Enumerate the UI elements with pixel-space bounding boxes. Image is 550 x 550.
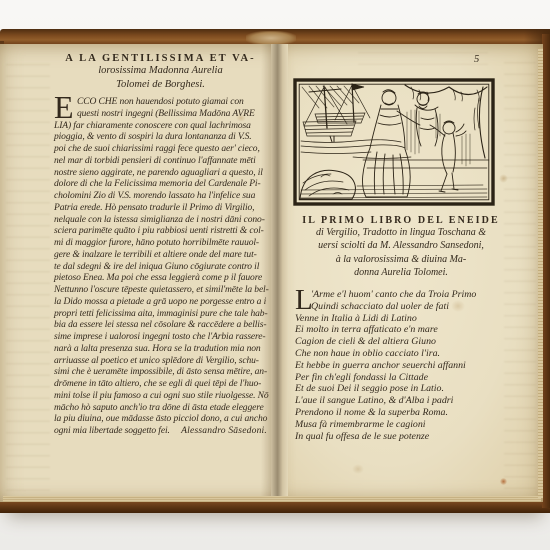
canto-title: IL PRIMO LIBRO DEL ENEIDE	[288, 215, 514, 226]
photo-background: A LA GENTILISSIMA ET VA- lorosissima Mad…	[0, 0, 550, 550]
rocks-motif	[300, 170, 355, 199]
cupid-child-motif	[430, 121, 466, 192]
dedication-text-line: propri tetti felicissima aita, immaginis…	[54, 308, 267, 320]
dedication-text-line: te dal sdegni & ire del iniqua Giuno cōg…	[54, 261, 267, 273]
foxing-spot	[352, 464, 364, 474]
leather-cover-top-edge	[0, 29, 550, 45]
dedication-text-line: drōmene in tāto altiero, che se egli di …	[54, 378, 267, 390]
canto-subtitle-line: à la valorosissima & diuina Ma-	[288, 253, 514, 266]
verse-line: Che non haue in oblio cacciato l'ira.	[295, 348, 520, 360]
verse-line: Ei molto in terra affaticato e'n mare	[295, 324, 520, 336]
dedication-text-line: la piu diuina, oue mādasse āsto picciol …	[54, 413, 267, 425]
leather-cover-right-edge	[542, 34, 550, 508]
verse-line: Prendono il nome & la superba Roma.	[295, 407, 520, 419]
verse-line: Et hebbe in guerra anchor seuerchi affan…	[295, 360, 520, 372]
dedication-heading-line: Tolomei de Borghesi.	[54, 78, 267, 92]
woodcut-illustration	[293, 78, 495, 206]
dedication-text-line: nel mar di torbidi pensieri di continuo …	[54, 155, 267, 167]
dedication-text-line: nelquale con la istessa simiglianza de i…	[54, 214, 267, 226]
dedication-text-line: simi che è ueramēte impossibile, di āsto…	[54, 366, 267, 378]
dedication-text-line: nostre sieno aggirate, ne parendo aguagl…	[54, 167, 267, 179]
dedication-text-line: poi che de suoi chiarissimi raggi fece q…	[54, 143, 267, 155]
ships-motif	[303, 84, 370, 142]
author-signature: Alessandro Sāsedoni.	[181, 425, 267, 437]
verse-line: In qual fu offesa de le sue potenze	[295, 431, 520, 443]
folio-page-number: 5	[474, 54, 479, 65]
dedication-text-line: pietoso Enea. Ma poi che essa leggierà c…	[54, 272, 267, 284]
antique-book: A LA GENTILISSIMA ET VA- lorosissima Mad…	[0, 29, 550, 513]
fore-edge-right	[538, 48, 543, 498]
dedication-text-line: bia da essere lei stessa nel cōsolare & …	[54, 319, 267, 331]
standing-figure-motif	[415, 92, 438, 146]
dedication-text-line: la Dido mossa a pietade a grā uopo ne po…	[54, 296, 267, 308]
seated-figure-motif	[363, 90, 420, 197]
leather-cover-bottom-edge	[0, 501, 550, 513]
dedication-text-line: CCO CHE non hauendosi potuto giamai con	[54, 96, 267, 108]
dedication-text-line: mācho hò saputo anch'io tra dōne di āsta…	[54, 402, 267, 414]
show-through-ghost	[358, 52, 488, 72]
dedication-text-line: LIA) far chiaramente conoscere con qual …	[54, 120, 267, 132]
canto-heading-block: IL PRIMO LIBRO DEL ENEIDE di Vergilio, T…	[288, 215, 514, 280]
verse-line: 'Arme e'l huom' canto che da Troia Primo	[295, 289, 520, 301]
right-page: 5	[288, 44, 543, 502]
dedication-text-line: cholomini Zio di V.S. morendo lassato ha…	[54, 190, 267, 202]
dedication-text-line: questi nostri ingegni (Bellissima Madōna…	[54, 108, 267, 120]
show-through-ghost	[6, 64, 50, 494]
foxing-spot	[499, 174, 508, 183]
verse-line: Et de suoi Dei il seggio pose in Latio.	[295, 383, 520, 395]
dedication-closing-line: ogni mia libertade soggetto fei. Alessan…	[54, 425, 267, 437]
drop-cap-initial: E	[54, 96, 77, 119]
dedication-text-line: sime imprese i ualorosi ingegni tosto ch…	[54, 331, 267, 343]
left-page-text-block: A LA GENTILISSIMA ET VA- lorosissima Mad…	[54, 53, 267, 437]
open-page-spread: A LA GENTILISSIMA ET VA- lorosissima Mad…	[0, 44, 543, 502]
verse-text-block: L 'Arme e'l huom' canto che da Troia Pri…	[295, 289, 520, 442]
shore-motif	[301, 140, 411, 159]
closing-text: ogni mia libertade soggetto fei.	[54, 425, 170, 437]
dedication-lines: CCO CHE non hauendosi potuto giamai conq…	[54, 96, 267, 425]
dedication-body: E CCO CHE non hauendosi potuto giamai co…	[54, 96, 267, 437]
verse-line: Quindi schacciato dal uoler de fati	[295, 301, 520, 313]
dedication-text-line: mi di maggior furore, hāno potuto horrib…	[54, 237, 267, 249]
dedication-text-line: pioggia, & vento di sospiri la dura lont…	[54, 131, 267, 143]
canto-subtitle-line: uersi sciolti da M. Alessandro Sansedoni…	[288, 239, 514, 252]
left-page: A LA GENTILISSIMA ET VA- lorosissima Mad…	[0, 44, 271, 502]
dedication-text-line: Patria erede. Hò pensato tradurle il Pri…	[54, 202, 267, 214]
dedication-heading-line: lorosissima Madonna Aurelia	[54, 64, 267, 78]
dedication-text-line: narà a lalta presenza sua. Hora se la tr…	[54, 343, 267, 355]
verse-line: Cagion de cieli & del altiera Giuno	[295, 336, 520, 348]
dedication-text-line: sciera parimēte quāto i piu rabbiosi uen…	[54, 225, 267, 237]
verse-line: Venne in Italia à Lidi di Latino	[295, 313, 520, 325]
drop-cap-initial: L	[295, 289, 311, 311]
dedication-text-line: Nettunno l'oscure tēpeste quietassero, e…	[54, 284, 267, 296]
sky-hatching-motif	[302, 86, 359, 108]
dedication-text-line: gere & inalzare le terribili et altiere …	[54, 249, 267, 261]
canto-subtitle-line: donna Aurelia Tolomei.	[288, 266, 514, 279]
verse-line: Musa fà rimembrarme le cagioni	[295, 419, 520, 431]
page-block-bottom-edges	[3, 496, 541, 502]
canto-subtitle-line: di Vergilio, Tradotto in lingua Toschana…	[288, 226, 514, 239]
dedication-heading-line: A LA GENTILISSIMA ET VA-	[54, 53, 267, 64]
verse-line: L'aue il sangue Latino, & d'Alba i padri	[295, 395, 520, 407]
dedication-text-line: dolore di che la Felicissima memoria del…	[54, 178, 267, 190]
dedication-text-line: arriuasse al poetico et unico splēdore d…	[54, 355, 267, 367]
verse-line: Per fin ch'egli fondassi la Cittade	[295, 372, 520, 384]
dedication-text-line: mini tolse il piu famoso a cui ogni suo …	[54, 390, 267, 402]
foxing-spot	[500, 478, 507, 485]
verse-lines: 'Arme e'l huom' canto che da Troia Primo…	[295, 289, 520, 442]
